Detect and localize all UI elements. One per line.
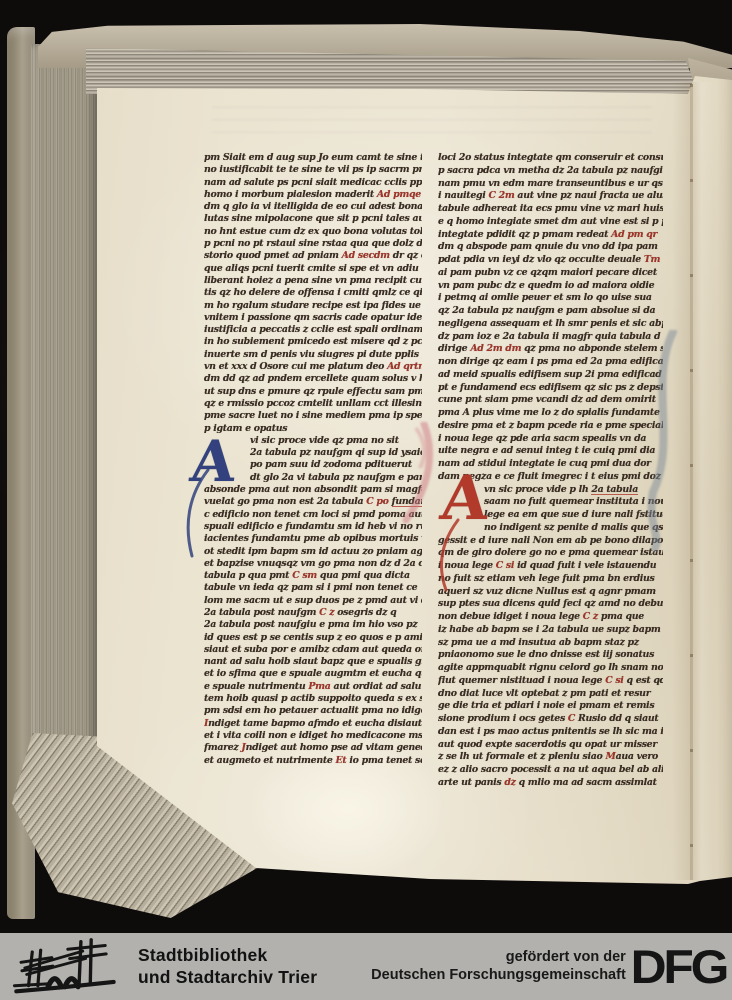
gutter-seam-stitching (690, 84, 693, 880)
manuscript-line: qz e rmissio pccoz cmtelit unllam cct il… (204, 398, 422, 410)
manuscript-line: et i vita coili non e idiget ho medicaco… (204, 730, 422, 742)
manuscript-line: pdat pdia vn ieyi dz vlo qz occulte deua… (438, 254, 663, 267)
manuscript-line: agite appmquabit rignu celord go lh snam… (438, 662, 663, 675)
manuscript-line: p pcni no pt rstaui sine rstaa qua que d… (204, 238, 422, 250)
manuscript-line: i noua lege qz pde aria sacm spealis vn … (438, 433, 663, 446)
ink-show-through (212, 100, 652, 142)
manuscript-line: vn et xxx d Osore cui me platum deo Ad q… (204, 361, 422, 373)
manuscript-line: tis qz ho delere de offensa i cmiti qmlz… (204, 287, 422, 299)
manuscript-line: sz pma ue a md insutua ab bapm staz pz (438, 637, 663, 650)
manuscript-line: iustificia a peccatis z cclie est spali … (204, 324, 422, 336)
manuscript-line: z se lh ut formale et z pleniu siao Maua… (438, 751, 663, 764)
manuscript-line: in ho subiement pmicedo est misere qd z … (204, 336, 422, 348)
funding-credit: gefördert von der Deutschen Forschungsge… (371, 949, 626, 984)
manuscript-line: dm q glo ia vi itelligida de eo cui ades… (204, 201, 422, 213)
manuscript-line: tem hoib quasi p actib suppoito queda s … (204, 693, 422, 705)
manuscript-line: 2a tabula post naufgm C z osegris dz q (204, 607, 422, 619)
illuminated-initial-left: A (188, 436, 238, 487)
manuscript-line: absonde pma aut non absondit pam si magf… (204, 484, 422, 496)
page-stack-fore-edge (31, 44, 97, 756)
manuscript-line: pme sacre luet no i sine mediem pma ip s… (204, 410, 422, 422)
digitized-manuscript-view: A A pm Siait em d aug sup Jo eum camt te… (0, 0, 732, 1000)
manuscript-line: no iustificabit te te sine te vii ps ip … (204, 164, 422, 176)
library-name-line2: und Stadtarchiv Trier (138, 967, 317, 988)
manuscript-line: uite negra e ad senui integ t ie cuiq pm… (438, 445, 663, 458)
manuscript-line: storio quod pmet ad pniam Ad secdm dr qz… (204, 250, 422, 262)
manuscript-line: ot stedit ipm bapm sm id actuu zo pniam … (204, 546, 422, 558)
manuscript-line: dt glo 2a vi tabula pz naufgm e pam (204, 472, 422, 484)
manuscript-line: nant ad salu hoib siaut bapz que e spual… (204, 656, 422, 668)
manuscript-line: dno diat luce vlt optebat z pm pati et r… (438, 688, 663, 701)
manuscript-line: et bapzise vnuqsqz vm go pma non dz d 2a… (204, 558, 422, 570)
manuscript-line: siaut et suba por e amibz cdam aut queda… (204, 644, 422, 656)
manuscript-line: et io sfima que e spuale augmtm et eucha… (204, 668, 422, 680)
manuscript-line: p sacra pdca vn metha dz 2a tabula pz na… (438, 165, 663, 178)
book-photograph: A A pm Siait em d aug sup Jo eum camt te… (0, 0, 732, 933)
blue-pen-flourish (645, 330, 681, 552)
manuscript-line: dm dd qz ad pndem ercellete quam solus v… (204, 373, 422, 385)
manuscript-line: qz 2a tabula pz naufgm e pam absolue si … (438, 305, 663, 318)
manuscript-line: liberant hoiez a pena sine vn pma recipi… (204, 275, 422, 287)
library-name-line1: Stadtbibliothek (138, 945, 317, 966)
manuscript-line: tabule adhereat ita ecs pmu vine vz mari… (438, 203, 663, 216)
manuscript-line: Indiget tame bapmo afmdo et eucha disiau… (204, 718, 422, 730)
library-name: Stadtbibliothek und Stadtarchiv Trier (138, 945, 317, 988)
manuscript-line: id ques est p se centis sup z eo quos e … (204, 632, 422, 644)
manuscript-line: dan est i ps mao actus pnitentis se lh s… (438, 726, 663, 739)
credit-banner: Stadtbibliothek und Stadtarchiv Trier ge… (0, 933, 732, 1000)
text-column-left: pm Siait em d aug sup Jo eum camt te sin… (204, 152, 422, 767)
manuscript-line: m ho rgalum studare recipe est ipa fides… (204, 300, 422, 312)
manuscript-line: c edificio non tenet cm loci si pmd poma… (204, 509, 422, 521)
manuscript-line: negligena assequam et lh smr penis et si… (438, 318, 663, 331)
manuscript-line: dm q abspode pam qnuie du vno dd ipa pam (438, 241, 663, 254)
manuscript-line: sup ptes sua dicens quid feci qz amd no … (438, 598, 663, 611)
manuscript-line: no hnt estue cum dz ex quo bona volutas … (204, 226, 422, 238)
manuscript-line: dz pam ioz e 2a tabula ii magfr quia tab… (438, 331, 663, 344)
manuscript-line: lom me sacm ut e sup duos pe z pmd aut v… (204, 595, 422, 607)
manuscript-line: pm sdsi em ho petauer actualit pma no id… (204, 705, 422, 717)
trier-bridge-sketch-icon (12, 938, 118, 996)
manuscript-line: iacientes fundamtu pme ab opibus mortuis… (204, 533, 422, 545)
manuscript-line: loci 2o status integtate qm conseruir et… (438, 152, 663, 165)
manuscript-line: 2a tabula post naufgiu e pma im hio vso … (204, 619, 422, 631)
illuminated-initial-right: A (438, 472, 491, 527)
manuscript-line: ge die tria et pdiari i noie ei pmam et … (438, 700, 663, 713)
manuscript-line: desire pma et z bapm pcede ria e pme spe… (438, 420, 663, 433)
manuscript-line: gessit e d iure nali Non em ab pe bono d… (438, 535, 663, 548)
manuscript-line: ez z alio sacro pocessit a na ut aqua be… (438, 764, 663, 777)
manuscript-line: iz habe ab bapm se i 2a tabula ue supz b… (438, 624, 663, 637)
manuscript-line: integtate pdidit qz p pmam redeat Ad pm … (438, 229, 663, 242)
manuscript-line: i nauitegi C 2m aut vine pz naui fracta … (438, 190, 663, 203)
manuscript-line: e spuale nutrimentu Pma aut ordiat ad sa… (204, 681, 422, 693)
manuscript-line: ad meid spualis edifisem sup 2i pma edif… (438, 369, 663, 382)
manuscript-line: pm Siait em d aug sup Jo eum camt te sin… (204, 152, 422, 164)
manuscript-line: e q homo integiate smet dm aut vine est … (438, 216, 663, 229)
manuscript-line: cune pnt siam pme vcandi dz ad dem omiri… (438, 394, 663, 407)
manuscript-line: vuelat go pma non est 2a tabula C po fun… (204, 496, 422, 508)
manuscript-line: ut sup dns e pmure qz rpule effectu sam … (204, 386, 422, 398)
manuscript-line: fiut quemer nistituad i noua lege C si q… (438, 675, 663, 688)
funding-line2: Deutschen Forschungsgemeinschaft (371, 967, 626, 984)
manuscript-line: homo i morbum pialesion maderit Ad pmqe (204, 189, 422, 201)
manuscript-line: lutas sine mipolacone que sit p pcni tal… (204, 213, 422, 225)
manuscript-line: tabule vn ieda qz pam si i pmi non tenet… (204, 582, 422, 594)
manuscript-line: nam pmu vn edm mare transeuntibus e ur q… (438, 178, 663, 191)
manuscript-line: qm de giro dolere go no e pma quemear is… (438, 547, 663, 560)
manuscript-line: que aliqs pcni tuerit cmite si spe et vn… (204, 263, 422, 275)
manuscript-line: i petmq ai omlie peuer et sm lo qo uise … (438, 292, 663, 305)
manuscript-line: et augmeto et nutrimente Et io pma tenet… (204, 755, 422, 767)
manuscript-line: inuerte sm d penis viu siugres pi dute p… (204, 349, 422, 361)
manuscript-line: nam ad salute ps pcni siait medicac ccli… (204, 177, 422, 189)
manuscript-line: pt e fundamend ecs edifisem qz sic ps z … (438, 382, 663, 395)
manuscript-line: i noua lege C si id quad fuit i vele ist… (438, 560, 663, 573)
pink-pen-flourish (396, 422, 434, 526)
manuscript-line: po pam suu id zodoma pdituerut (204, 459, 422, 471)
manuscript-line: 2a tabula pz naufgm qi sup id ysaie (204, 447, 422, 459)
manuscript-line: dirige Ad 2m dm qz pma no abponde stelem… (438, 343, 663, 356)
manuscript-line: non debue idiget i noua lege C z pma que (438, 611, 663, 624)
manuscript-line: tabula p qua pmt C sm qua pmi qua dicta (204, 570, 422, 582)
manuscript-line: vnitem i passione qm sacris cade opatur … (204, 312, 422, 324)
manuscript-line: non dirige qz eam i ps pma ed 2a pma edi… (438, 356, 663, 369)
manuscript-line: aut quod expte sacerdotis qu opat ur mis… (438, 739, 663, 752)
manuscript-line: no fuit sz etiam veh lege fuit pma bn er… (438, 573, 663, 586)
manuscript-line: spuali edificio e fundamtu sm id heb vi … (204, 521, 422, 533)
manuscript-line: ai pam pubn vz ce qzqm maiori pecare dic… (438, 267, 663, 280)
manuscript-line: arte ut panis dz q mlio ma ad sacm assim… (438, 777, 663, 790)
manuscript-line: pma A plus vime me lo z do spialis funda… (438, 407, 663, 420)
manuscript-line: fmarez Jndiget aut homo pse ad vitam gen… (204, 742, 422, 754)
funding-line1: gefördert von der (371, 949, 626, 966)
manuscript-line: vn pam pubc dz e quedm io ad maiora oidi… (438, 280, 663, 293)
dfg-logo: DFG (630, 943, 726, 990)
manuscript-line: aqueri sz vuz dicne Nullus est q agnr pm… (438, 586, 663, 599)
manuscript-line: sione prodium i ocs getes C Rusio dd q s… (438, 713, 663, 726)
manuscript-line: pniaonomo sue le dno dnisse est iij sona… (438, 649, 663, 662)
